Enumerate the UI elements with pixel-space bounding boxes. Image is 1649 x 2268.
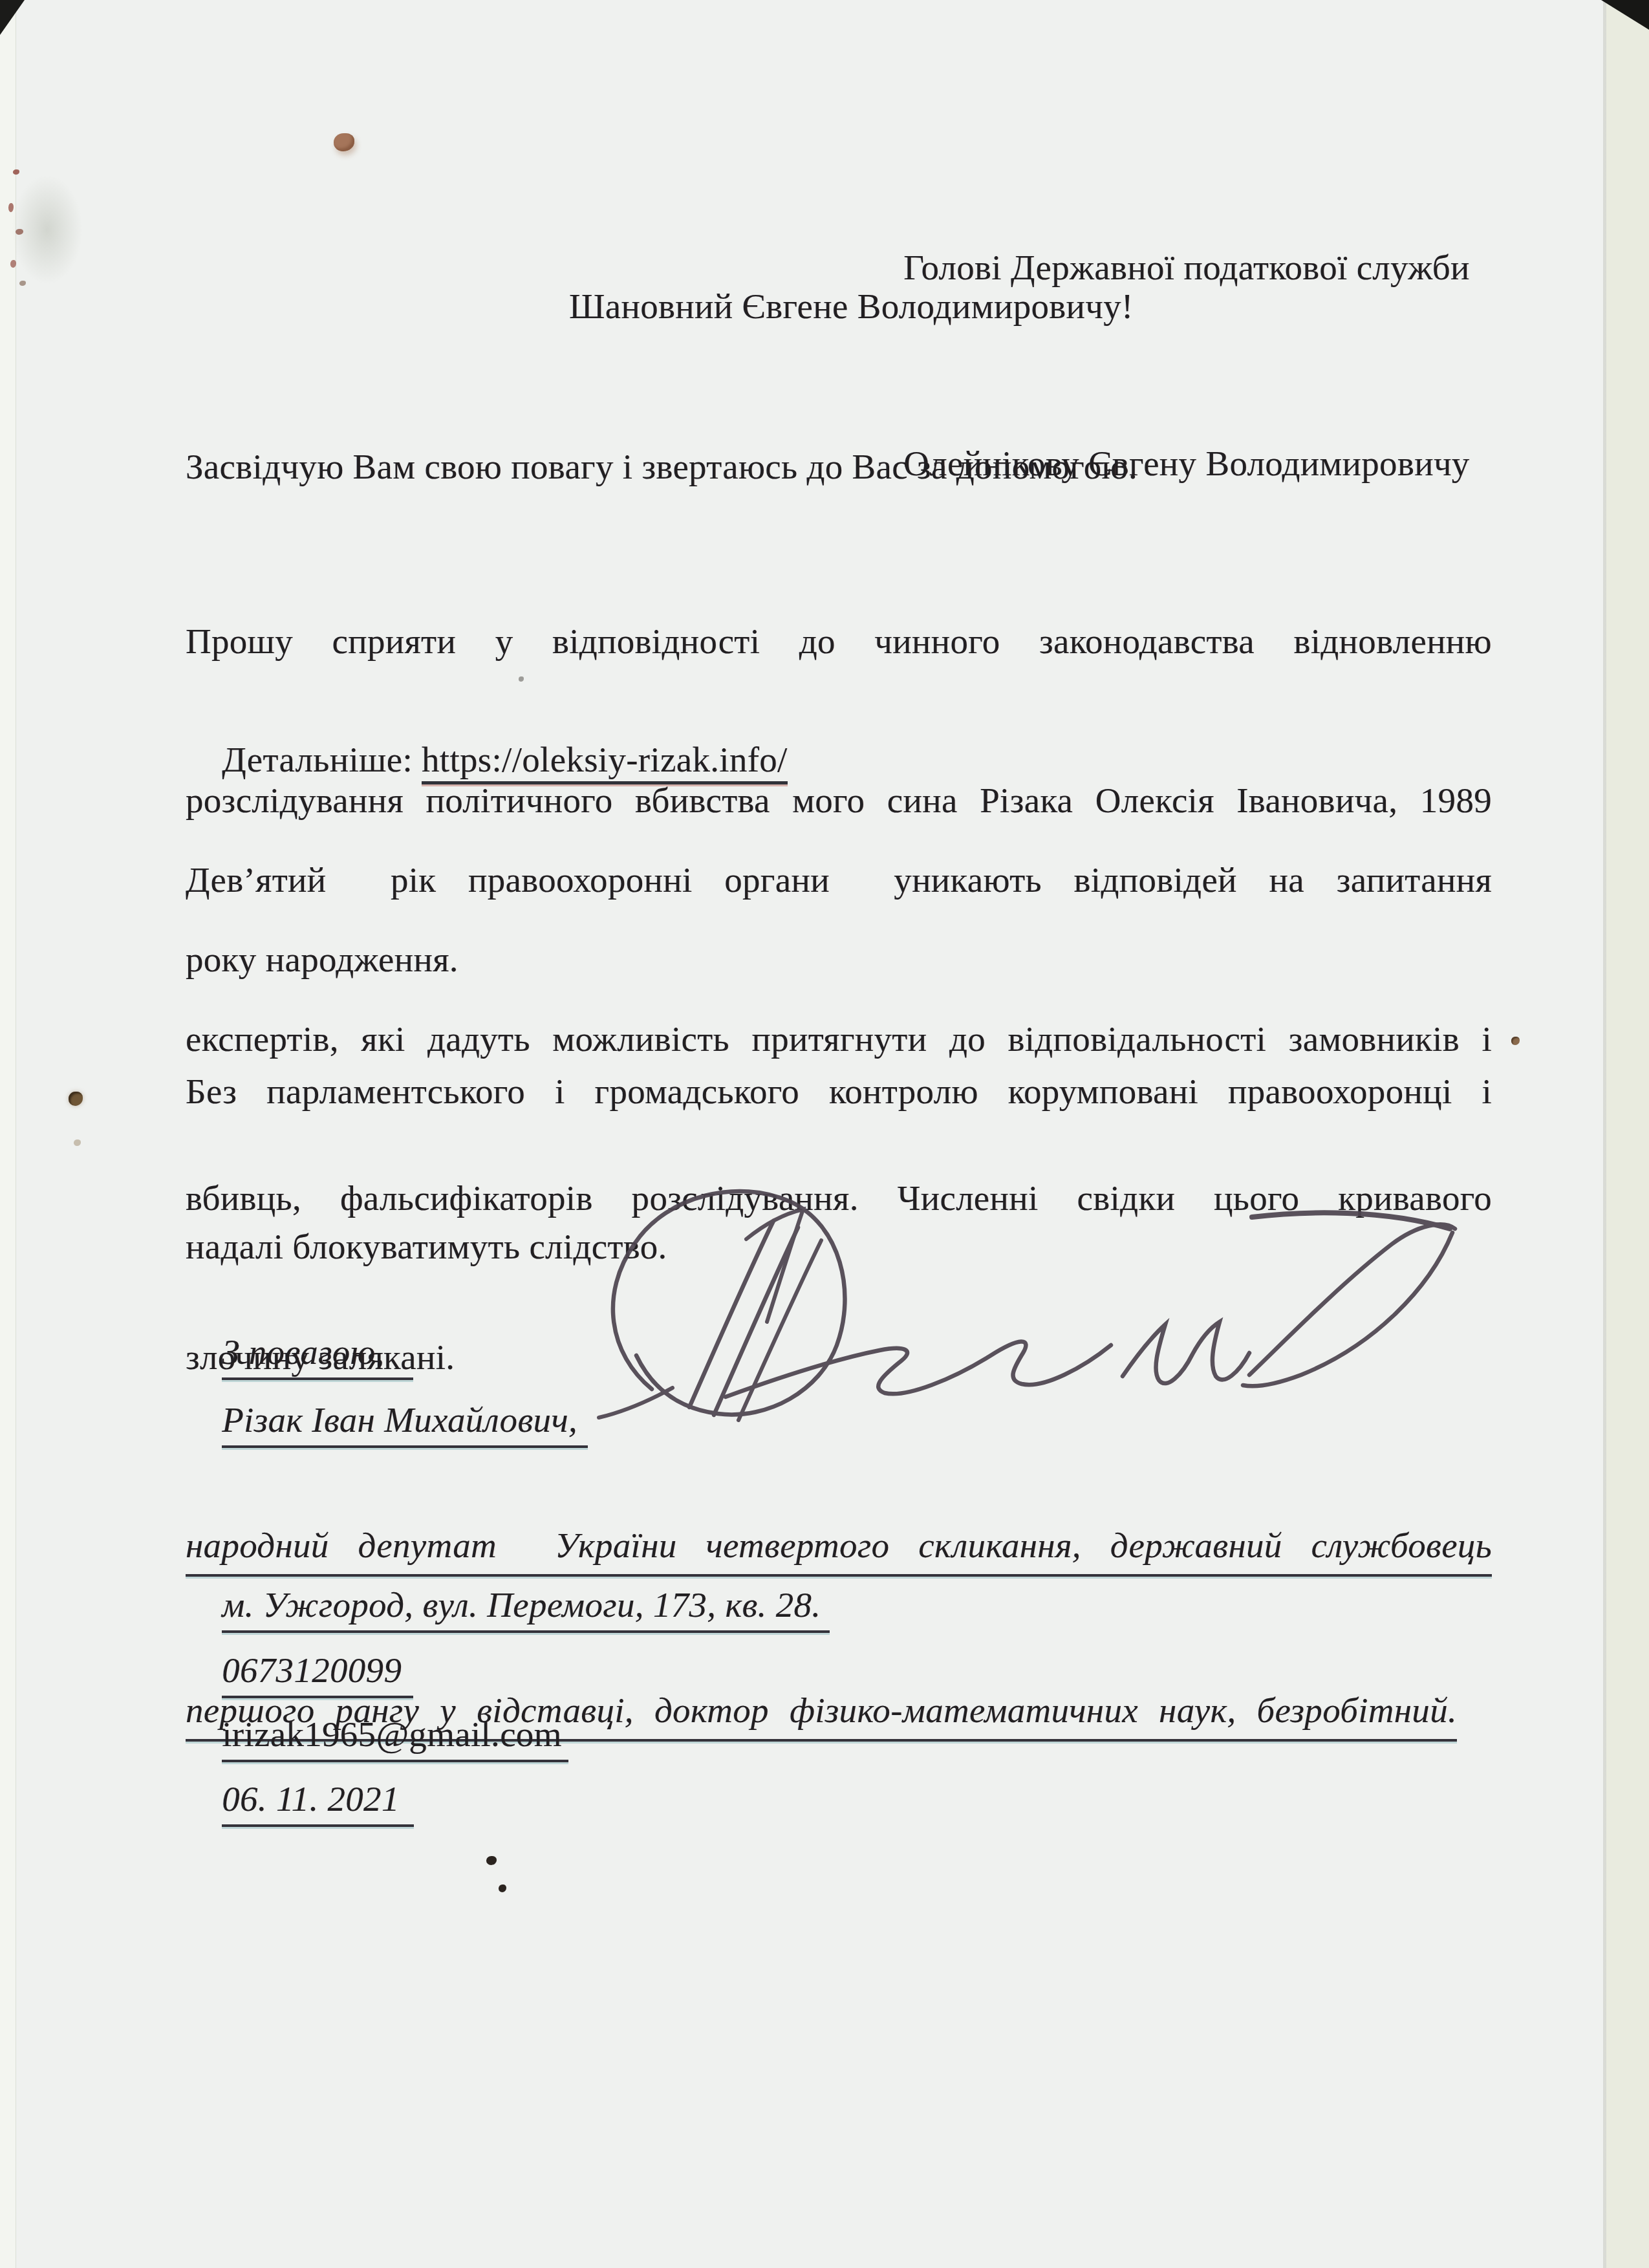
paragraph-respect: Засвідчую Вам свою повагу і звертаюсь до… (186, 441, 1492, 493)
paragraph-ninth-year-line1: Дев’ятий рік правоохоронні органи уникаю… (186, 854, 1492, 907)
scan-left-edge-strip (0, 0, 16, 2268)
stain-speck-right (1511, 1037, 1520, 1045)
edge-speck-1 (13, 169, 19, 175)
paragraph-request-line1: Прошу сприяти у відповідності до чинного… (186, 615, 1492, 668)
stain-speck-top (334, 133, 354, 151)
salutation: Шановний Євгене Володимировичу! (569, 281, 1134, 332)
date-line: 06. 11. 2021 (186, 1727, 414, 1875)
date-text: 06. 11. 2021 (222, 1775, 414, 1827)
stain-speck-left-faint (74, 1139, 81, 1146)
stain-speck-left (69, 1092, 83, 1106)
scan-right-band (1606, 0, 1649, 2268)
paper-right-edge (1603, 0, 1606, 2268)
ink-dot-1 (486, 1856, 497, 1865)
scanned-letter-page: Голові Державної податкової служби Олейн… (0, 0, 1649, 2268)
ink-dot-2 (499, 1885, 506, 1892)
paragraph-control-line1: Без парламентського і громадського контр… (186, 1066, 1492, 1118)
edge-speck-5 (19, 281, 26, 286)
signature-scrawl-image (576, 1161, 1494, 1433)
